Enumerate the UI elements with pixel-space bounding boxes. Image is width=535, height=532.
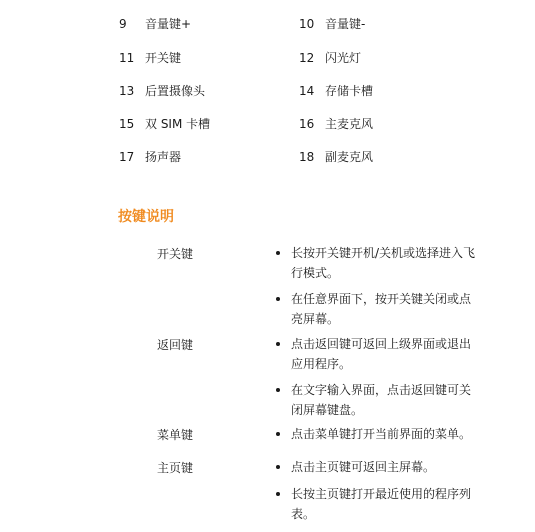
- part-number: 15: [119, 117, 134, 131]
- bullet-icon: [276, 465, 280, 469]
- part-number: 9: [119, 17, 127, 31]
- bullet-item: 在文字输入界面，点击返回键可关闭屏幕键盘。: [276, 380, 476, 420]
- part-name: 副麦克风: [325, 150, 373, 164]
- part-number: 14: [299, 84, 314, 98]
- bullet-icon: [276, 251, 280, 255]
- part-name: 双 SIM 卡槽: [145, 117, 210, 131]
- key-name: 返回键: [157, 338, 193, 352]
- bullet-icon: [276, 432, 280, 436]
- bullet-item: 在任意界面下，按开关键关闭或点亮屏幕。: [276, 289, 476, 329]
- bullet-item: 点击菜单键打开当前界面的菜单。: [276, 424, 476, 444]
- bullet-item: 点击返回键可返回上级界面或退出应用程序。: [276, 334, 476, 374]
- part-number: 12: [299, 51, 314, 65]
- key-name: 菜单键: [157, 428, 193, 442]
- part-name: 存储卡槽: [325, 84, 373, 98]
- part-name: 主麦克风: [325, 117, 373, 131]
- part-number: 18: [299, 150, 314, 164]
- key-name: 主页键: [157, 461, 193, 475]
- bullet-icon: [276, 297, 280, 301]
- part-name: 开关键: [145, 51, 181, 65]
- part-number: 10: [299, 17, 314, 31]
- bullet-icon: [276, 388, 280, 392]
- bullet-item: 长按主页键打开最近使用的程序列表。: [276, 484, 476, 524]
- part-name: 扬声器: [145, 150, 181, 164]
- bullet-icon: [276, 492, 280, 496]
- part-number: 17: [119, 150, 134, 164]
- part-number: 16: [299, 117, 314, 131]
- bullet-item: 点击主页键可返回主屏幕。: [276, 457, 476, 477]
- part-name: 后置摄像头: [145, 84, 205, 98]
- part-number: 13: [119, 84, 134, 98]
- bullet-item: 长按开关键开机/关机或选择进入飞行模式。: [276, 243, 476, 283]
- key-name: 开关键: [157, 247, 193, 261]
- part-number: 11: [119, 51, 134, 65]
- part-name: 音量键-: [325, 17, 365, 31]
- section-heading: 按键说明: [118, 209, 174, 225]
- part-name: 闪光灯: [325, 51, 361, 65]
- bullet-icon: [276, 342, 280, 346]
- part-name: 音量键+: [145, 17, 191, 31]
